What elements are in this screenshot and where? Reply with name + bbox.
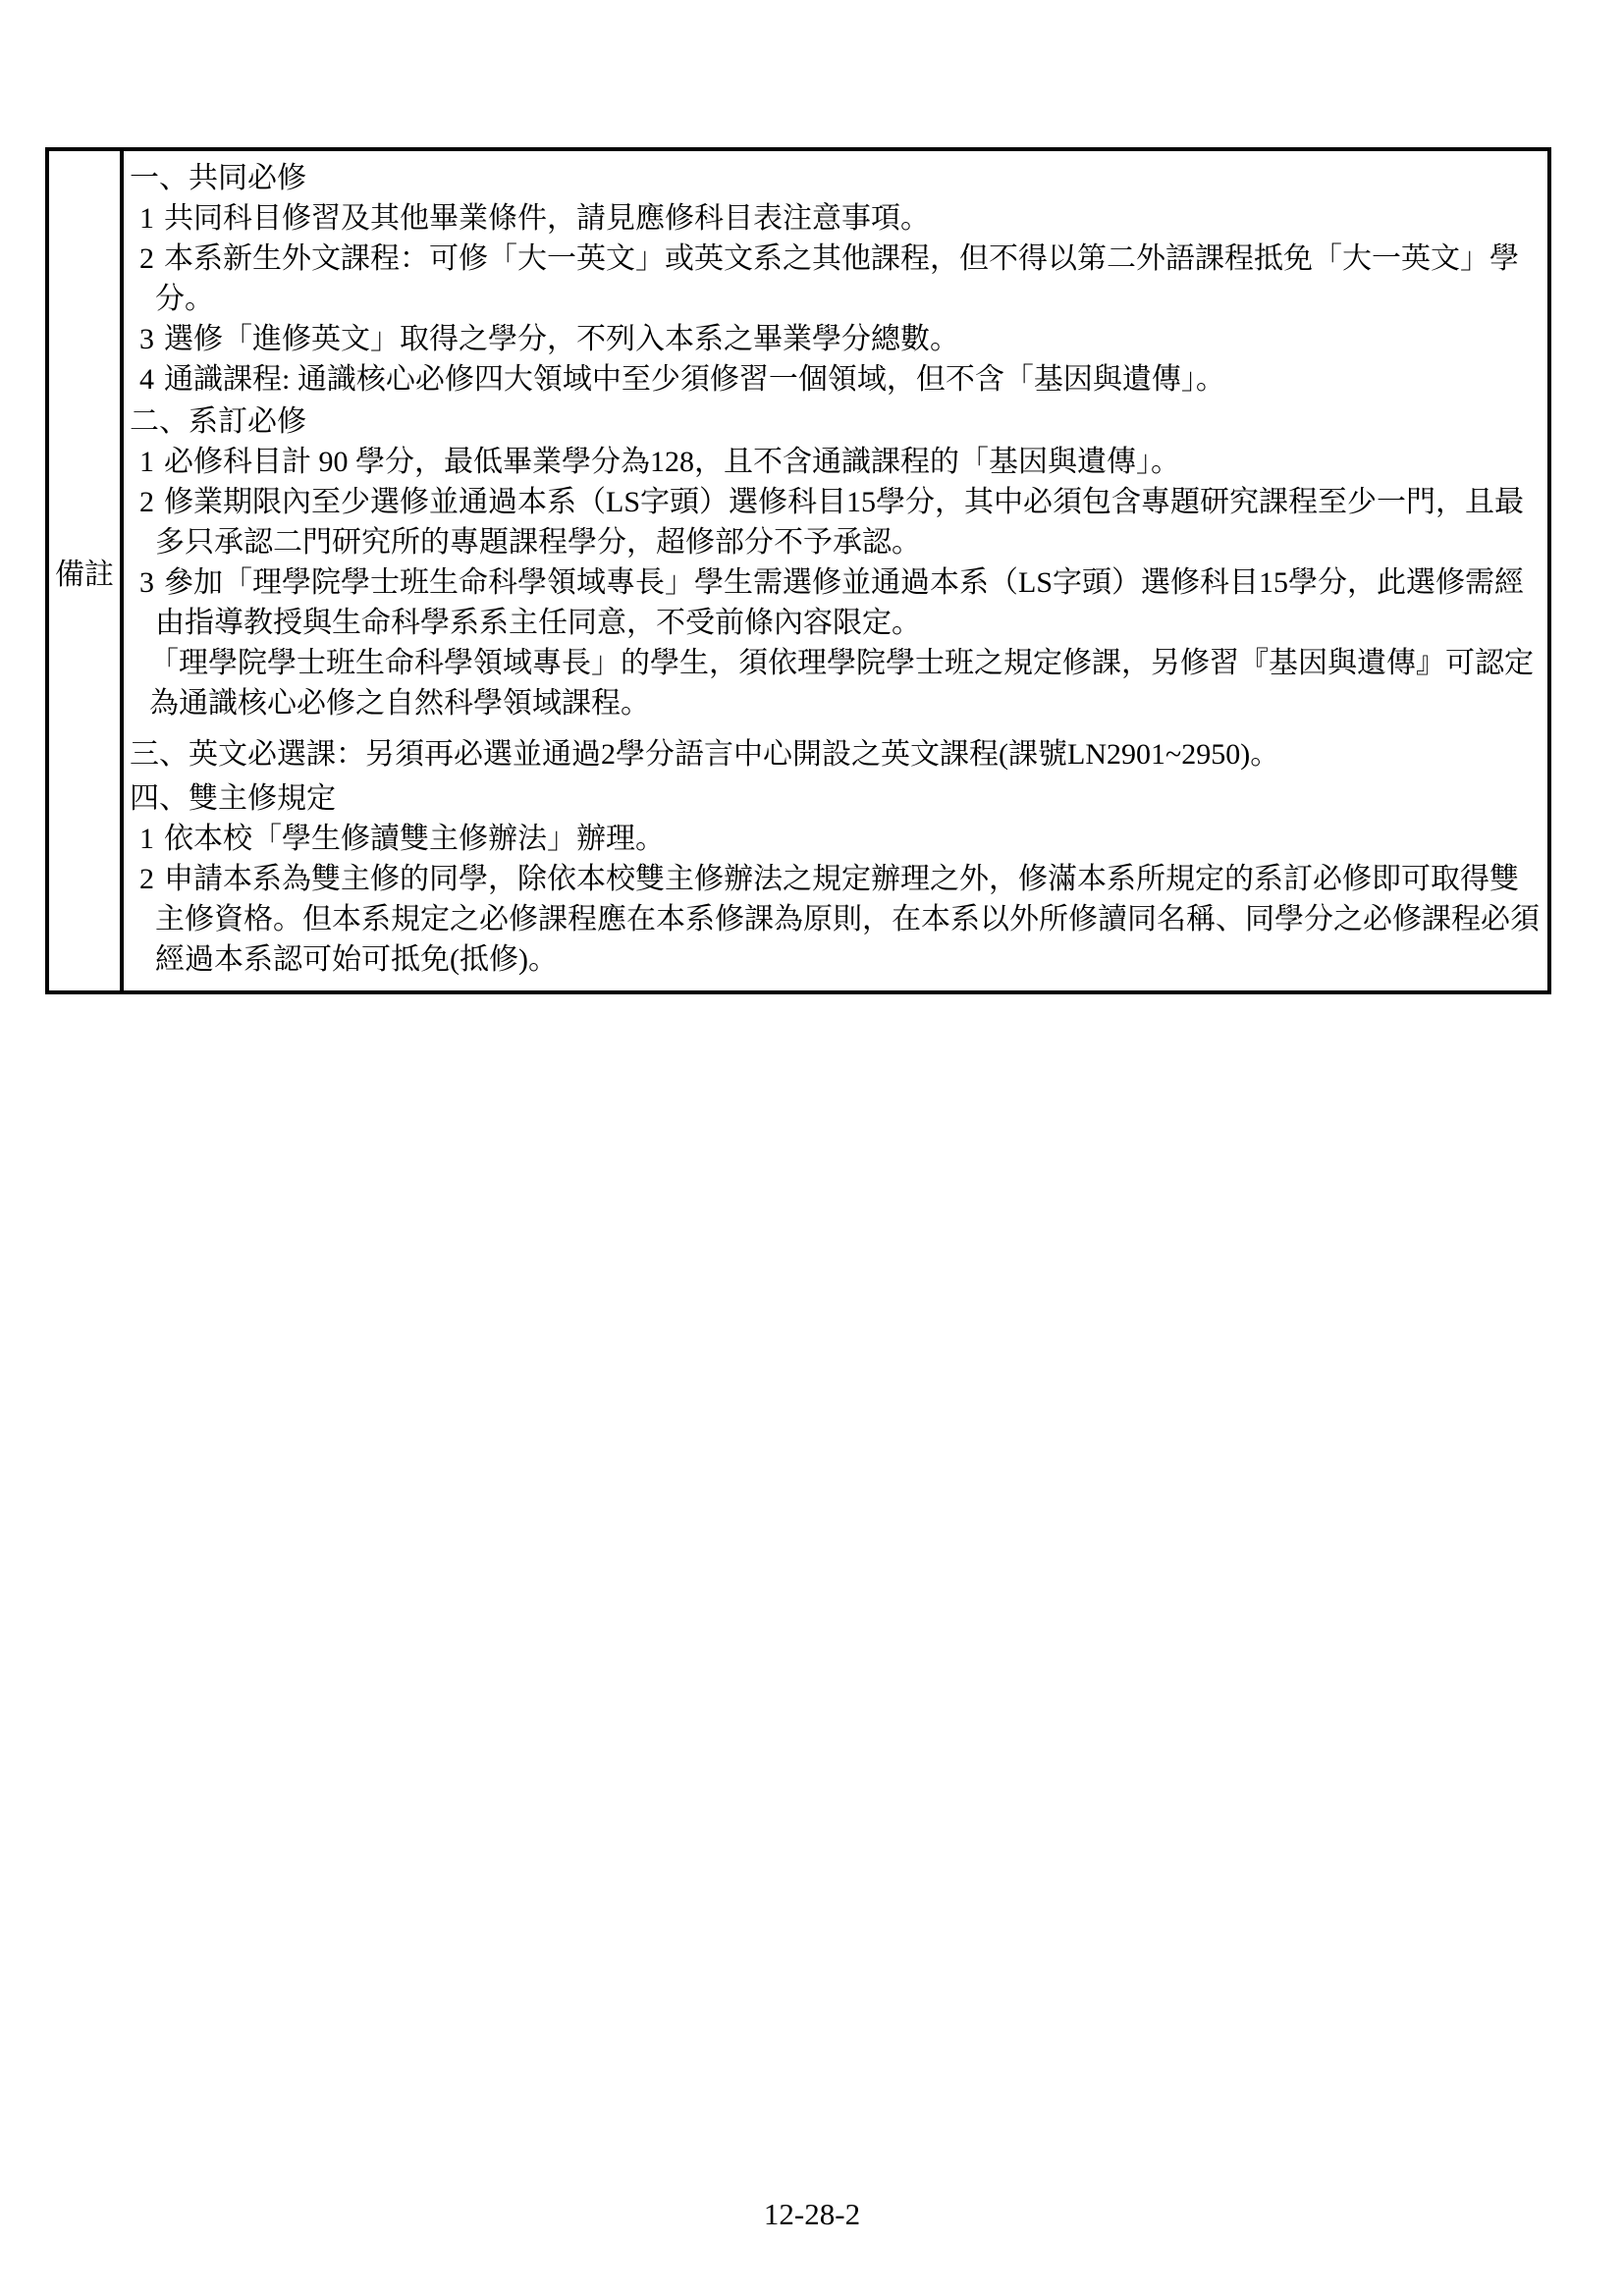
item-text: 申請本系為雙主修的同學，除依本校雙主修辦法之規定辦理之外，修滿本系所規定的系訂必… bbox=[155, 863, 1540, 976]
item-number: 4 bbox=[139, 363, 154, 396]
item-text: 修業期限內至少選修並通過本系（LS字頭）選修科目15學分，其中必須包含專題研究課… bbox=[155, 486, 1524, 559]
remarks-row-label-cell: 備註 bbox=[49, 151, 124, 990]
note-item: 3選修「進修英文」取得之學分，不列入本系之畢業學分總數。 bbox=[155, 319, 1540, 359]
remarks-content-cell: 一、共同必修 1共同科目修習及其他畢業條件，請見應修科目表注意事項。 2本系新生… bbox=[124, 151, 1547, 990]
section-heading: 二、系訂必修 bbox=[130, 401, 1540, 442]
item-number: 2 bbox=[139, 242, 154, 275]
note-item: 2修業期限內至少選修並通過本系（LS字頭）選修科目15學分，其中必須包含專題研究… bbox=[155, 482, 1540, 562]
item-text: 依本校「學生修讀雙主修辦法」辦理。 bbox=[164, 823, 665, 855]
section-heading: 一、共同必修 bbox=[130, 158, 1540, 198]
section-double-major: 四、雙主修規定 1依本校「學生修讀雙主修辦法」辦理。 2申請本系為雙主修的同學，… bbox=[130, 778, 1540, 980]
note-item: 2本系新生外文課程：可修「大一英文」或英文系之其他課程，但不得以第二外語課程抵免… bbox=[155, 239, 1540, 319]
item-number: 2 bbox=[139, 863, 154, 895]
item-text: 通識課程: 通識核心必修四大領域中至少須修習一個領域，但不含「基因與遺傳」。 bbox=[164, 363, 1225, 396]
item-number: 1 bbox=[139, 823, 154, 855]
page-number: 12-28-2 bbox=[0, 2196, 1624, 2233]
item-text: 選修「進修英文」取得之學分，不列入本系之畢業學分總數。 bbox=[164, 323, 959, 355]
section-heading: 四、雙主修規定 bbox=[130, 778, 1540, 819]
item-text: 必修科目計 90 學分，最低畢業學分為128，且不含通識課程的「基因與遺傳」。 bbox=[164, 446, 1180, 478]
item-text: 本系新生外文課程：可修「大一英文」或英文系之其他課程，但不得以第二外語課程抵免「… bbox=[155, 242, 1519, 315]
section-heading: 三、英文必選課：另須再必選並通過2學分語言中心開設之英文課程(課號LN2901~… bbox=[130, 734, 1540, 774]
item-number: 3 bbox=[139, 566, 154, 599]
item-number: 2 bbox=[139, 486, 154, 518]
section-common-required: 一、共同必修 1共同科目修習及其他畢業條件，請見應修科目表注意事項。 2本系新生… bbox=[130, 158, 1540, 400]
remarks-table: 備註 一、共同必修 1共同科目修習及其他畢業條件，請見應修科目表注意事項。 2本… bbox=[45, 147, 1551, 994]
item-text: 共同科目修習及其他畢業條件，請見應修科目表注意事項。 bbox=[164, 202, 930, 235]
item-number: 1 bbox=[139, 202, 154, 235]
note-item: 1必修科目計 90 學分，最低畢業學分為128，且不含通識課程的「基因與遺傳」。 bbox=[155, 442, 1540, 482]
item-number: 1 bbox=[139, 446, 154, 478]
item-number: 3 bbox=[139, 323, 154, 355]
note-item: 4通識課程: 通識核心必修四大領域中至少須修習一個領域，但不含「基因與遺傳」。 bbox=[155, 359, 1540, 400]
note-item: 3參加「理學院學士班生命科學領域專長」學生需選修並通過本系（LS字頭）選修科目1… bbox=[155, 562, 1540, 643]
note-item: 1共同科目修習及其他畢業條件，請見應修科目表注意事項。 bbox=[155, 198, 1540, 239]
section-english-elective: 三、英文必選課：另須再必選並通過2學分語言中心開設之英文課程(課號LN2901~… bbox=[130, 734, 1540, 774]
item-text: 參加「理學院學士班生命科學領域專長」學生需選修並通過本系（LS字頭）選修科目15… bbox=[155, 566, 1524, 639]
section-department-required: 二、系訂必修 1必修科目計 90 學分，最低畢業學分為128，且不含通識課程的「… bbox=[130, 401, 1540, 723]
remarks-row-label: 備註 bbox=[55, 550, 114, 593]
note-item-subparagraph: 「理學院學士班生命科學領域專長」的學生，須依理學院學士班之規定修課，另修習『基因… bbox=[149, 643, 1540, 723]
note-item: 2申請本系為雙主修的同學，除依本校雙主修辦法之規定辦理之外，修滿本系所規定的系訂… bbox=[155, 859, 1540, 980]
note-item: 1依本校「學生修讀雙主修辦法」辦理。 bbox=[155, 819, 1540, 859]
